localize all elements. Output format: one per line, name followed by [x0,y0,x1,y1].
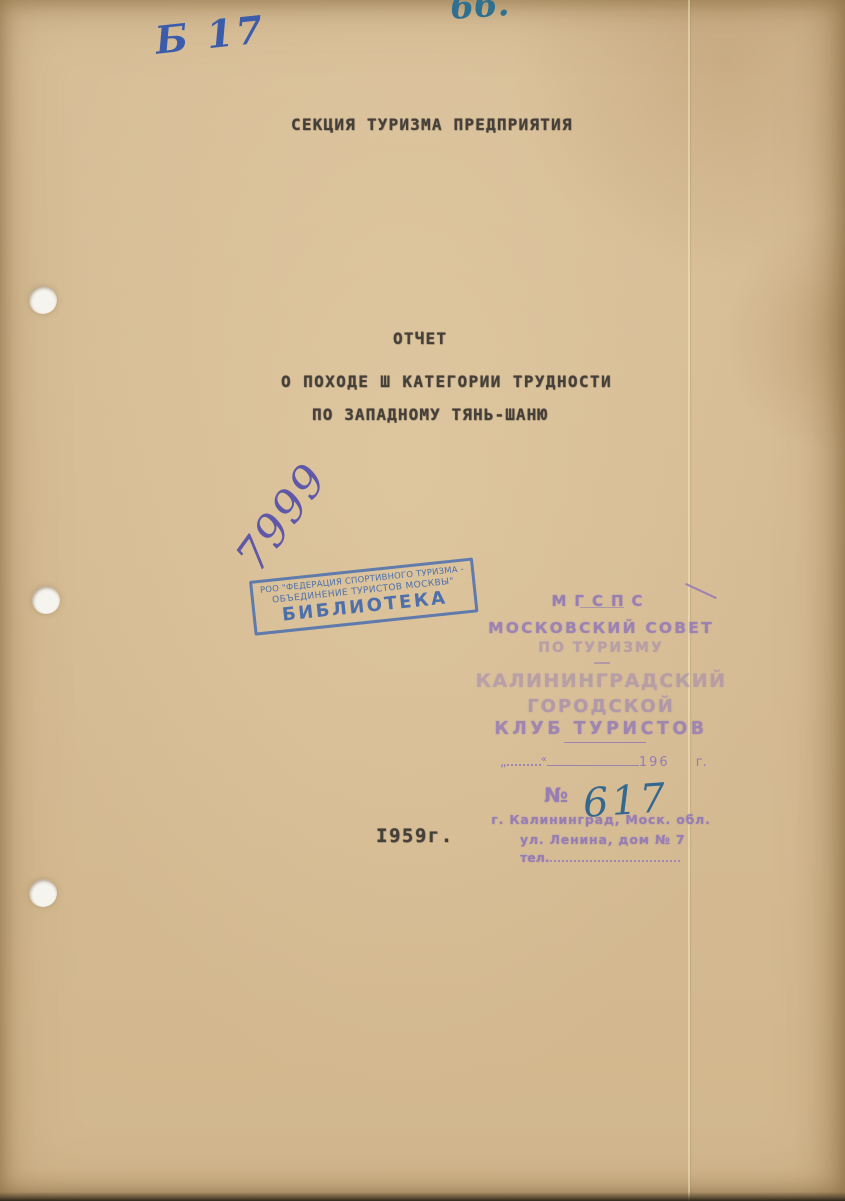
number-sign: № [544,783,568,807]
club-stamp-city-word: ГОРОДСКОЙ [472,696,730,717]
club-stamp-address-1: г. Калининград, Моск. обл. [472,812,730,827]
punch-hole [29,286,57,314]
handwritten-accession-number: 7999 [226,454,338,581]
phone-blank [550,850,680,862]
tourist-club-stamp: МГСПС МОСКОВСКИЙ СОВЕТ ПО ТУРИЗМУ КАЛИНИ… [472,582,730,877]
date-blank-day [507,754,541,766]
club-stamp-council: МОСКОВСКИЙ СОВЕТ [472,619,730,637]
club-stamp-abbr-underline [580,607,624,608]
club-stamp-address-2: ул. Ленина, дом № 7 [472,832,730,847]
scanned-document-page: Б 17 66. 7999 СЕКЦИЯ ТУРИЗМА ПРЕДПРИЯТИЯ… [0,0,845,1201]
typewritten-report-subtitle-1: О ПОХОДЕ Ш КАТЕГОРИИ ТРУДНОСТИ [281,372,612,391]
club-stamp-underline [564,742,646,743]
phone-label: тел. [520,850,550,865]
club-stamp-tourism: ПО ТУРИЗМУ [472,640,730,656]
punch-hole [29,879,57,907]
date-open-quote: „ [500,755,507,770]
date-suffix: г. [696,755,707,770]
handwritten-page-number: 66. [449,0,511,28]
punch-hole [32,586,60,614]
handwritten-catalog-code: Б 17 [153,6,268,62]
typewritten-report-subtitle-2: ПО ЗАПАДНОМУ ТЯНЬ-ШАНЮ [312,405,548,424]
club-stamp-date-row: „«196г. [472,754,730,770]
club-stamp-club-word: КЛУБ ТУРИСТОВ [472,719,730,739]
typewritten-year: I959г. [376,825,454,847]
club-stamp-small-dash [594,662,610,664]
typewritten-organization-header: СЕКЦИЯ ТУРИЗМА ПРЕДПРИЯТИЯ [291,115,573,134]
page-bottom-edge [0,1192,845,1201]
club-stamp-city-adjective: КАЛИНИНГРАДСКИЙ [472,670,730,692]
library-stamp: РОО "ФЕДЕРАЦИЯ СПОРТИВНОГО ТУРИЗМА - ОБЪ… [249,557,479,635]
typewritten-report-title: ОТЧЕТ [393,329,447,348]
club-stamp-phone-row: тел. [472,850,730,865]
date-year-printed: 196 [639,755,670,770]
date-blank-month [547,755,639,766]
